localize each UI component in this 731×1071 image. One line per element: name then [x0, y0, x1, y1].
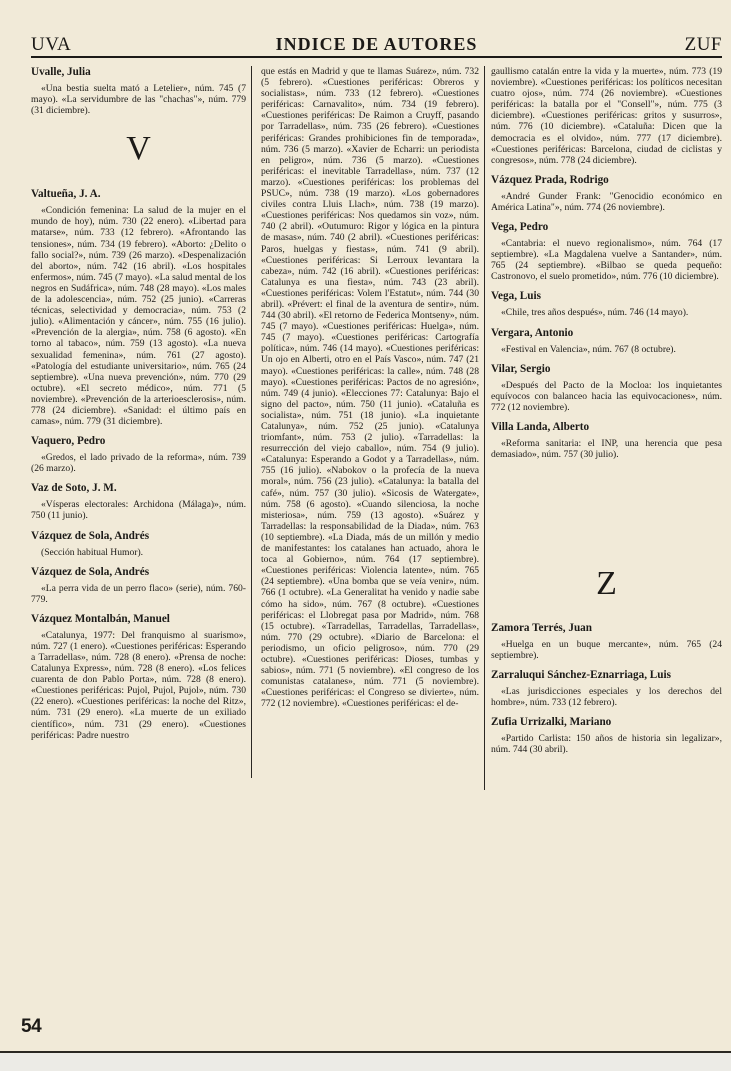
author-name: Vega, Pedro: [491, 221, 722, 234]
author-entry: Vaz de Soto, J. M. «Vísperas electorales…: [31, 482, 246, 521]
author-name: Vázquez de Sola, Andrés: [31, 566, 246, 579]
author-name: Zufia Urrizalki, Mariano: [491, 716, 722, 729]
author-name: Vázquez de Sola, Andrés: [31, 530, 246, 543]
author-name: Uvalle, Julia: [31, 66, 246, 79]
section-letter-z: Z: [491, 567, 722, 601]
author-works-continued: que estás en Madrid y que te llamas Suár…: [261, 66, 479, 709]
author-name: Zarraluqui Sánchez-Eznarriaga, Luis: [491, 669, 722, 682]
author-name: Vilar, Sergio: [491, 363, 722, 376]
author-works: «Gredos, el lado privado de la reforma»,…: [31, 452, 246, 474]
author-entry: Vilar, Sergio «Después del Pacto de la M…: [491, 363, 722, 413]
author-entry: Valtueña, J. A. «Condición femenina: La …: [31, 188, 246, 427]
author-entry: Vega, Luis «Chile, tres años después», n…: [491, 290, 722, 318]
author-name: Villa Landa, Alberto: [491, 421, 722, 434]
author-name: Vázquez Prada, Rodrigo: [491, 174, 722, 187]
column-1: Uvalle, Julia «Una bestia suelta mató a …: [31, 66, 246, 749]
author-entry: Vega, Pedro «Cantabria: el nuevo regiona…: [491, 221, 722, 282]
author-entry: Vázquez de Sola, Andrés (Sección habitua…: [31, 530, 246, 558]
author-works: «Las jurisdicciones especiales y los der…: [491, 686, 722, 708]
author-works: «Condición femenina: La salud de la muje…: [31, 205, 246, 427]
author-works: «Después del Pacto de la Mocloa: los inq…: [491, 380, 722, 413]
author-works: «Huelga en un buque mercante», núm. 765 …: [491, 639, 722, 661]
author-entry: Zarraluqui Sánchez-Eznarriaga, Luis «Las…: [491, 669, 722, 708]
author-works: «Partido Carlista: 150 años de historia …: [491, 733, 722, 755]
author-works: «Cantabria: el nuevo regionalismo», núm.…: [491, 238, 722, 282]
author-entry: Vázquez Montalbán, Manuel «Catalunya, 19…: [31, 613, 246, 741]
author-works: «Catalunya, 1977: Del franquismo al suar…: [31, 630, 246, 741]
author-entry: Vaquero, Pedro «Gredos, el lado privado …: [31, 435, 246, 474]
author-name: Vega, Luis: [491, 290, 722, 303]
author-works-continued: gaullismo catalán entre la vida y la mue…: [491, 66, 722, 166]
author-entry: Villa Landa, Alberto «Reforma sanitaria:…: [491, 421, 722, 460]
author-name: Zamora Terrés, Juan: [491, 622, 722, 635]
page-header: UVA INDICE DE AUTORES ZUF: [31, 34, 722, 58]
author-works: «Festival en Valencia», núm. 767 (8 octu…: [491, 344, 722, 355]
column-2: que estás en Madrid y que te llamas Suár…: [261, 66, 479, 709]
author-entry: Vergara, Antonio «Festival en Valencia»,…: [491, 327, 722, 355]
author-entry: Zufia Urrizalki, Mariano «Partido Carlis…: [491, 716, 722, 755]
column-divider: [484, 66, 485, 790]
author-works-continued-block: gaullismo catalán entre la vida y la mue…: [491, 66, 722, 166]
author-name: Valtueña, J. A.: [31, 188, 246, 201]
author-name: Vázquez Montalbán, Manuel: [31, 613, 246, 626]
index-page: UVA INDICE DE AUTORES ZUF Uvalle, Julia …: [0, 0, 731, 1053]
author-name: Vergara, Antonio: [491, 327, 722, 340]
author-entry: Uvalle, Julia «Una bestia suelta mató a …: [31, 66, 246, 116]
page-number: 54: [21, 1016, 41, 1038]
author-entry: Zamora Terrés, Juan «Huelga en un buque …: [491, 622, 722, 661]
page-title: INDICE DE AUTORES: [31, 34, 722, 55]
author-entry: Vázquez Prada, Rodrigo «André Gunder Fra…: [491, 174, 722, 213]
author-entry: Vázquez de Sola, Andrés «La perra vida d…: [31, 566, 246, 605]
author-works: (Sección habitual Humor).: [31, 547, 246, 558]
author-works: «La perra vida de un perro flaco» (serie…: [31, 583, 246, 605]
author-name: Vaz de Soto, J. M.: [31, 482, 246, 495]
author-works: «Chile, tres años después», núm. 746 (14…: [491, 307, 722, 318]
author-works: «Una bestia suelta mató a Letelier», núm…: [31, 83, 246, 116]
author-name: Vaquero, Pedro: [31, 435, 246, 448]
column-divider: [251, 66, 252, 778]
header-range-end: ZUF: [685, 34, 722, 56]
column-3: gaullismo catalán entre la vida y la mue…: [491, 66, 722, 468]
column-3-z-section: Zamora Terrés, Juan «Huelga en un buque …: [491, 622, 722, 764]
author-works: «Reforma sanitaria: el INP, una herencia…: [491, 438, 722, 460]
author-works: «André Gunder Frank: "Genocidio económic…: [491, 191, 722, 213]
author-works: «Vísperas electorales: Archidona (Málaga…: [31, 499, 246, 521]
section-letter-v: V: [31, 132, 246, 166]
